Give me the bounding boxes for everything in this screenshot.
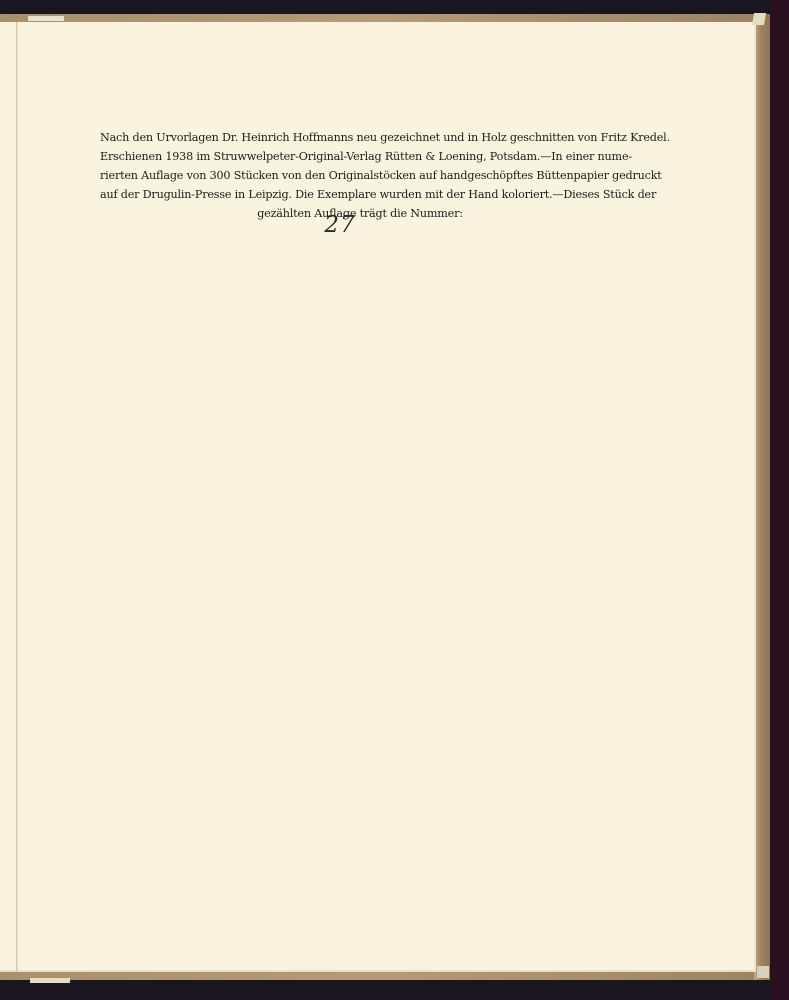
book-cover-edge-right xyxy=(754,14,770,980)
page-edge-bottom xyxy=(30,978,70,983)
page-gutter-shadow xyxy=(17,22,18,972)
cover-corner-bottom-right xyxy=(757,966,769,978)
colophon-line-1: Nach den Urvorlagen Dr. Heinrich Hoffman… xyxy=(100,128,620,147)
handwritten-copy-number: 27 xyxy=(300,212,380,238)
background-right xyxy=(770,0,789,1000)
cover-corner-top-right xyxy=(752,13,766,25)
page-edge-top xyxy=(28,16,64,21)
colophon-line-4: auf der Drugulin-Presse in Leipzig. Die … xyxy=(100,185,620,204)
colophon-line-3: rierten Auflage von 300 Stücken von den … xyxy=(100,166,620,185)
colophon-line-2: Erschienen 1938 im Struwwelpeter-Origina… xyxy=(100,147,620,166)
colophon-text-block: Nach den Urvorlagen Dr. Heinrich Hoffman… xyxy=(100,128,620,223)
